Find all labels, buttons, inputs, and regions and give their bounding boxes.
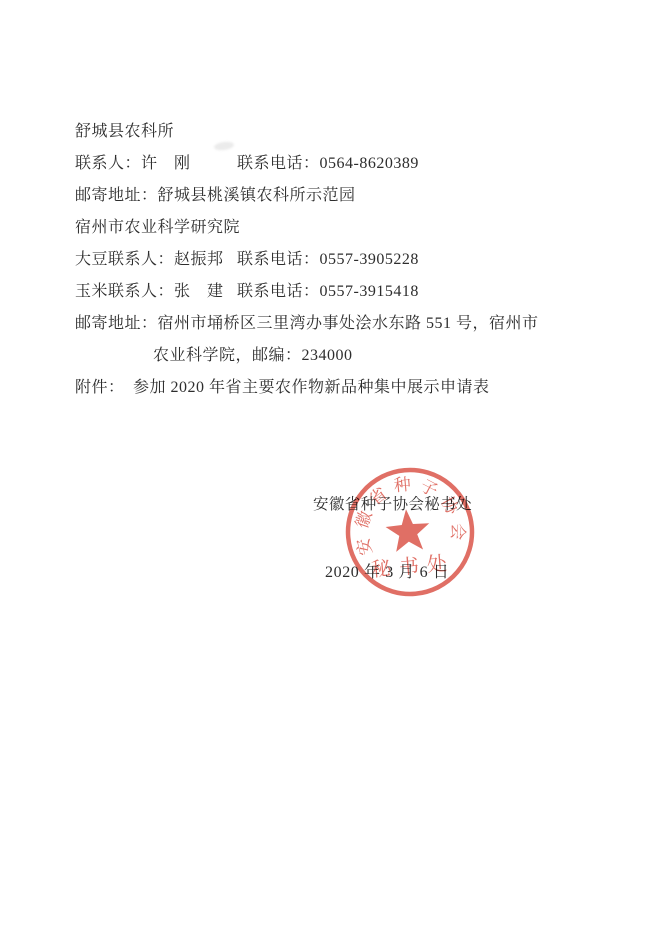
mail-address: 邮寄地址：舒城县桃溪镇农科所示范园 — [75, 187, 356, 204]
contact-phone: 联系电话：0557-3905228 — [237, 244, 419, 276]
doc-line: 玉米联系人：张 建 联系电话：0557-3915418 — [75, 276, 615, 308]
attachment-note: 附件： 参加 2020 年省主要农作物新品种集中展示申请表 — [75, 379, 490, 396]
signature-date: 2020 年 3 月 6 日 — [325, 557, 449, 589]
mail-address: 邮寄地址：宿州市埇桥区三里湾办事处浍水东路 551 号，宿州市 — [75, 315, 539, 332]
org-name: 宿州市农业科学研究院 — [75, 219, 240, 236]
doc-line: 农业科学院，邮编：234000 — [75, 340, 615, 372]
doc-line: 大豆联系人：赵振邦 联系电话：0557-3905228 — [75, 244, 615, 276]
doc-line: 邮寄地址：宿州市埇桥区三里湾办事处浍水东路 551 号，宿州市 — [75, 308, 615, 340]
doc-line: 邮寄地址：舒城县桃溪镇农科所示范园 — [75, 180, 615, 212]
contact-person: 玉米联系人：张 建 — [75, 283, 224, 300]
doc-line: 舒城县农科所 — [75, 116, 615, 148]
signature-org: 安徽省种子协会秘书处 — [313, 489, 472, 521]
contact-person: 联系人：许 刚 — [75, 155, 191, 172]
doc-line: 联系人：许 刚 联系电话：0564-8620389 — [75, 148, 615, 180]
mail-address-continued: 农业科学院，邮编：234000 — [153, 347, 353, 364]
doc-line: 宿州市农业科学研究院 — [75, 212, 615, 244]
letter-body: 舒城县农科所 联系人：许 刚 联系电话：0564-8620389 邮寄地址：舒城… — [75, 116, 615, 404]
scanned-document-page: 舒城县农科所 联系人：许 刚 联系电话：0564-8620389 邮寄地址：舒城… — [0, 0, 650, 931]
contact-phone: 联系电话：0557-3915418 — [237, 276, 419, 308]
org-name: 舒城县农科所 — [75, 123, 174, 140]
contact-person: 大豆联系人：赵振邦 — [75, 251, 224, 268]
contact-phone: 联系电话：0564-8620389 — [237, 148, 419, 180]
doc-line: 附件： 参加 2020 年省主要农作物新品种集中展示申请表 — [75, 372, 615, 404]
